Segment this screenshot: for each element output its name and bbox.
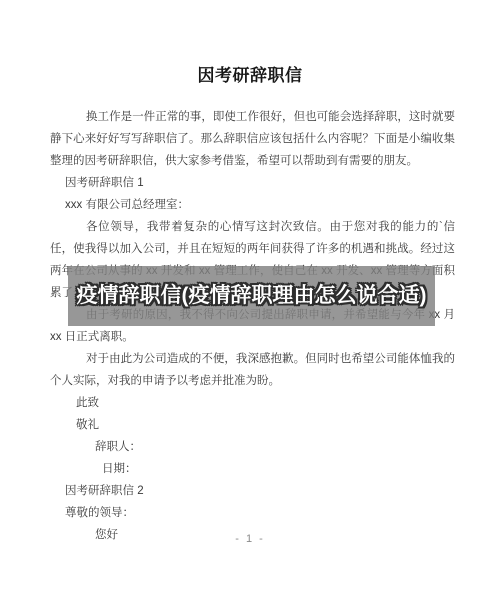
- document-paragraph: 敬礼: [50, 414, 455, 436]
- document-page: 因考研辞职信 换工作是一件正常的事，即使工作很好，但也可能会选择辞职，这时就要静…: [0, 0, 500, 593]
- document-paragraph: 换工作是一件正常的事，即使工作很好，但也可能会选择辞职，这时就要静下心来好好写写…: [50, 106, 455, 172]
- document-body: 换工作是一件正常的事，即使工作很好，但也可能会选择辞职，这时就要静下心来好好写写…: [50, 106, 455, 546]
- page-number: - 1 -: [0, 533, 500, 545]
- document-paragraph: 尊敬的领导：: [50, 502, 455, 524]
- document-paragraph: 辞职人：: [50, 436, 455, 458]
- document-paragraph: 对于由此为公司造成的不便，我深感抱歉。但同时也希望公司能体恤我的个人实际，对我的…: [50, 348, 455, 392]
- document-paragraph: 日期：: [50, 458, 455, 480]
- document-paragraph: 因考研辞职信 1: [50, 172, 455, 194]
- document-paragraph: 此致: [50, 392, 455, 414]
- document-title: 因考研辞职信: [0, 0, 500, 88]
- watermark-text: 疫情辞职信(疫情辞职理由怎么说合适): [77, 283, 427, 309]
- document-paragraph: xxx 有限公司总经理室：: [50, 194, 455, 216]
- document-paragraph: 因考研辞职信 2: [50, 480, 455, 502]
- watermark-overlay: 疫情辞职信(疫情辞职理由怎么说合适): [68, 266, 435, 326]
